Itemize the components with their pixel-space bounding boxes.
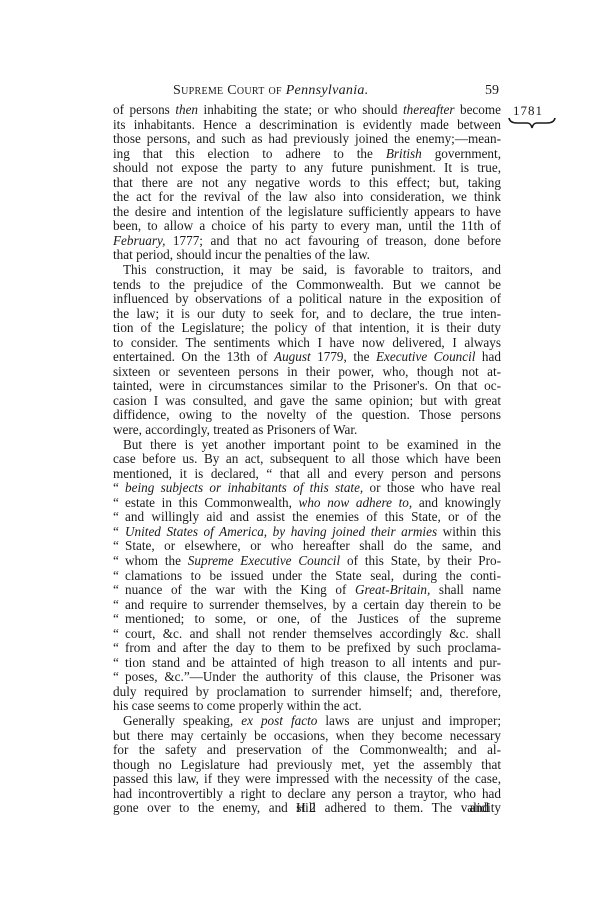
text-line: “from and after the day to them to be pr… [113, 641, 501, 656]
text-line: duly required by proclamation to surrend… [113, 685, 501, 700]
italic-text: Executive Council [376, 349, 476, 364]
text-segment: its inhabitants. Hence a descrimination … [113, 117, 501, 132]
text-segment: poses, &c.”—Under the authority of this … [125, 669, 501, 684]
quote-mark: “ [113, 481, 125, 496]
text-line: This construction, it may be said, is fa… [113, 263, 501, 278]
italic-text: British [386, 146, 422, 161]
italic-text: who now adhere to, [299, 495, 413, 510]
italic-text: Great-Britain, [355, 582, 430, 597]
quote-mark: “ [113, 539, 125, 554]
text-segment: court, &c. and shall not render themselv… [125, 626, 501, 641]
text-segment: mentioned; to some, or one, of the Justi… [125, 611, 501, 626]
text-segment: the desire and intention of the legislat… [113, 204, 501, 219]
text-segment: or those who have real [363, 480, 501, 495]
text-segment: that period, should incur the penalties … [113, 247, 370, 262]
text-line: of persons then inhabiting the state; or… [113, 103, 501, 118]
text-line: for the safety and preservation of the C… [113, 743, 501, 758]
text-segment: though no Legislature had previously met… [113, 757, 501, 772]
text-segment: those persons, and such as had previousl… [113, 131, 501, 146]
text-line: the law; it is our duty to seek for, and… [113, 307, 501, 322]
italic-text: August [274, 349, 311, 364]
text-segment: to consider. The sentiments which I have… [113, 335, 501, 350]
quote-mark: “ [113, 496, 125, 511]
text-line: mentioned, it is declared, “ that all an… [113, 467, 501, 482]
text-segment: nuance of the war with the King of [125, 582, 355, 597]
text-line: Generally speaking, ex post facto laws a… [113, 714, 501, 729]
italic-text: thereafter [403, 102, 455, 117]
text-segment: State, or elsewhere, or who hereafter sh… [125, 538, 501, 553]
text-segment: had incontrovertibly a right to declare … [113, 786, 501, 801]
text-segment: were, accordingly, treated as Prisoners … [113, 422, 357, 437]
text-line: “clamations to be issued under the State… [113, 569, 501, 584]
text-line: its inhabitants. Hence a descrimination … [113, 118, 501, 133]
text-segment: tion stand and be attainted of high trea… [125, 655, 501, 670]
quote-mark: “ [113, 612, 125, 627]
text-segment: of persons [113, 102, 175, 117]
text-line: sixteen or seventeen persons in their po… [113, 365, 501, 380]
text-line: “State, or elsewhere, or who hereafter s… [113, 539, 501, 554]
quote-mark: “ [113, 569, 125, 584]
quote-mark: “ [113, 525, 125, 540]
quote-mark: “ [113, 510, 125, 525]
text-segment: the act for the revival of the law also … [113, 189, 501, 204]
text-line: “court, &c. and shall not render themsel… [113, 627, 501, 642]
text-line: the act for the revival of the law also … [113, 190, 501, 205]
text-line: tends to the prejudice of the Commonweal… [113, 278, 501, 293]
text-segment: the law; it is our duty to seek for, and… [113, 306, 501, 321]
catchword: and [470, 800, 490, 816]
text-segment: within this [437, 524, 501, 539]
page-footer: H 2 and [113, 800, 501, 816]
text-line: “nuance of the war with the King of Grea… [113, 583, 501, 598]
title-roman: Supreme Court of [173, 83, 286, 98]
text-line: diffidence, owing to the novelty of the … [113, 408, 501, 423]
text-segment: that there are not any negative words to… [113, 175, 501, 190]
page-number: 59 [485, 82, 499, 100]
text-segment: But there is yet another important point… [123, 437, 501, 452]
text-segment: government, [422, 146, 501, 161]
text-line: “being subjects or inhabitants of this s… [113, 481, 501, 496]
text-line: but there may certainly be occasions, wh… [113, 729, 501, 744]
text-line: should not expose the party to any futur… [113, 161, 501, 176]
text-line: entertained. On the 13th of August 1779,… [113, 350, 501, 365]
text-line: the desire and intention of the legislat… [113, 205, 501, 220]
text-line: casion I was consulted, and gave the sam… [113, 394, 501, 409]
running-head: Supreme Court of Pennsylvania. 59 [113, 82, 501, 100]
text-segment: estate in this Commonwealth, [125, 495, 299, 510]
title-italic: Pennsylvania. [286, 83, 369, 98]
italic-text: February, [113, 233, 165, 248]
italic-text: Supreme Executive Council [188, 553, 340, 568]
book-page: Supreme Court of Pennsylvania. 59 1781 o… [0, 0, 600, 903]
text-segment: tends to the prejudice of the Commonweal… [113, 277, 501, 292]
text-segment: clamations to be issued under the State … [125, 568, 501, 583]
text-line: to consider. The sentiments which I have… [113, 336, 501, 351]
text-segment: and willingly aid and assist the enemies… [125, 509, 501, 524]
text-line: tion of the Legislature; the policy of t… [113, 321, 501, 336]
text-segment: passed this law, if they were impressed … [113, 771, 501, 786]
running-head-title: Supreme Court of Pennsylvania. [173, 82, 369, 100]
body-text: of persons then inhabiting the state; or… [113, 103, 501, 816]
text-line: passed this law, if they were impressed … [113, 772, 501, 787]
text-line: though no Legislature had previously met… [113, 758, 501, 773]
text-segment: sixteen or seventeen persons in their po… [113, 364, 501, 379]
text-line: “United States of America, by having joi… [113, 525, 501, 540]
text-line: those persons, and such as had previousl… [113, 132, 501, 147]
quote-mark: “ [113, 554, 125, 569]
text-segment: whom the [125, 553, 188, 568]
text-segment: duly required by proclamation to surrend… [113, 684, 501, 699]
text-segment: and knowingly [412, 495, 501, 510]
text-segment: tion of the Legislature; the policy of t… [113, 320, 501, 335]
text-segment: 1779, the [311, 349, 376, 364]
italic-text: ex post facto [241, 713, 317, 728]
text-line: “whom the Supreme Executive Council of t… [113, 554, 501, 569]
italic-text: then [175, 102, 198, 117]
text-line: influenced by observations of a politica… [113, 292, 501, 307]
italic-text: being subjects or inhabitants of this st… [125, 480, 363, 495]
signature-mark: H 2 [296, 800, 316, 816]
quote-mark: “ [113, 627, 125, 642]
text-line: “and willingly aid and assist the enemie… [113, 510, 501, 525]
text-line: case before us. By an act, subsequent to… [113, 452, 501, 467]
italic-text: United States of America, by having join… [125, 524, 437, 539]
text-line: tainted, were in circumstances similar t… [113, 379, 501, 394]
quote-mark: “ [113, 583, 125, 598]
text-segment: 1777; and that no act favouring of treas… [165, 233, 501, 248]
text-segment: his case seems to come properly within t… [113, 698, 362, 713]
text-segment: shall name [430, 582, 501, 597]
text-line: ing that this election to adhere to the … [113, 147, 501, 162]
text-line: his case seems to come properly within t… [113, 699, 501, 714]
text-line: been, to allow a choice of his party to … [113, 219, 501, 234]
text-segment: casion I was consulted, and gave the sam… [113, 393, 501, 408]
text-segment: case before us. By an act, subsequent to… [113, 451, 501, 466]
text-segment: from and after the day to them to be pre… [125, 640, 501, 655]
quote-mark: “ [113, 656, 125, 671]
text-segment: been, to allow a choice of his party to … [113, 218, 501, 233]
text-segment: had [475, 349, 501, 364]
text-segment: This construction, it may be said, is fa… [123, 262, 501, 277]
text-segment: should not expose the party to any futur… [113, 160, 501, 175]
text-segment: influenced by observations of a politica… [113, 291, 501, 306]
text-line: February, 1777; and that no act favourin… [113, 234, 501, 249]
text-segment: entertained. On the 13th of [113, 349, 274, 364]
text-line: “and require to surrender themselves, by… [113, 598, 501, 613]
text-line: “estate in this Commonwealth, who now ad… [113, 496, 501, 511]
text-line: that period, should incur the penalties … [113, 248, 501, 263]
brace-icon [507, 116, 557, 130]
quote-mark: “ [113, 670, 125, 685]
text-line: were, accordingly, treated as Prisoners … [113, 423, 501, 438]
text-segment: and require to surrender themselves, by … [125, 597, 501, 612]
text-segment: laws are unjust and improper; [317, 713, 501, 728]
text-segment: become [454, 102, 501, 117]
quote-mark: “ [113, 641, 125, 656]
text-segment: inhabiting the state; or who should [198, 102, 403, 117]
text-segment: diffidence, owing to the novelty of the … [113, 407, 501, 422]
text-segment: Generally speaking, [123, 713, 241, 728]
text-line: “poses, &c.”—Under the authority of this… [113, 670, 501, 685]
text-segment: mentioned, it is declared, “ that all an… [113, 466, 501, 481]
text-line: “mentioned; to some, or one, of the Just… [113, 612, 501, 627]
text-segment: but there may certainly be occasions, wh… [113, 728, 501, 743]
text-segment: of this State, by their Pro- [340, 553, 501, 568]
text-line: that there are not any negative words to… [113, 176, 501, 191]
text-line: “tion stand and be attainted of high tre… [113, 656, 501, 671]
quote-mark: “ [113, 598, 125, 613]
text-segment: tainted, were in circumstances similar t… [113, 378, 501, 393]
text-segment: for the safety and preservation of the C… [113, 742, 501, 757]
text-segment: ing that this election to adhere to the [113, 146, 386, 161]
text-line: But there is yet another important point… [113, 438, 501, 453]
